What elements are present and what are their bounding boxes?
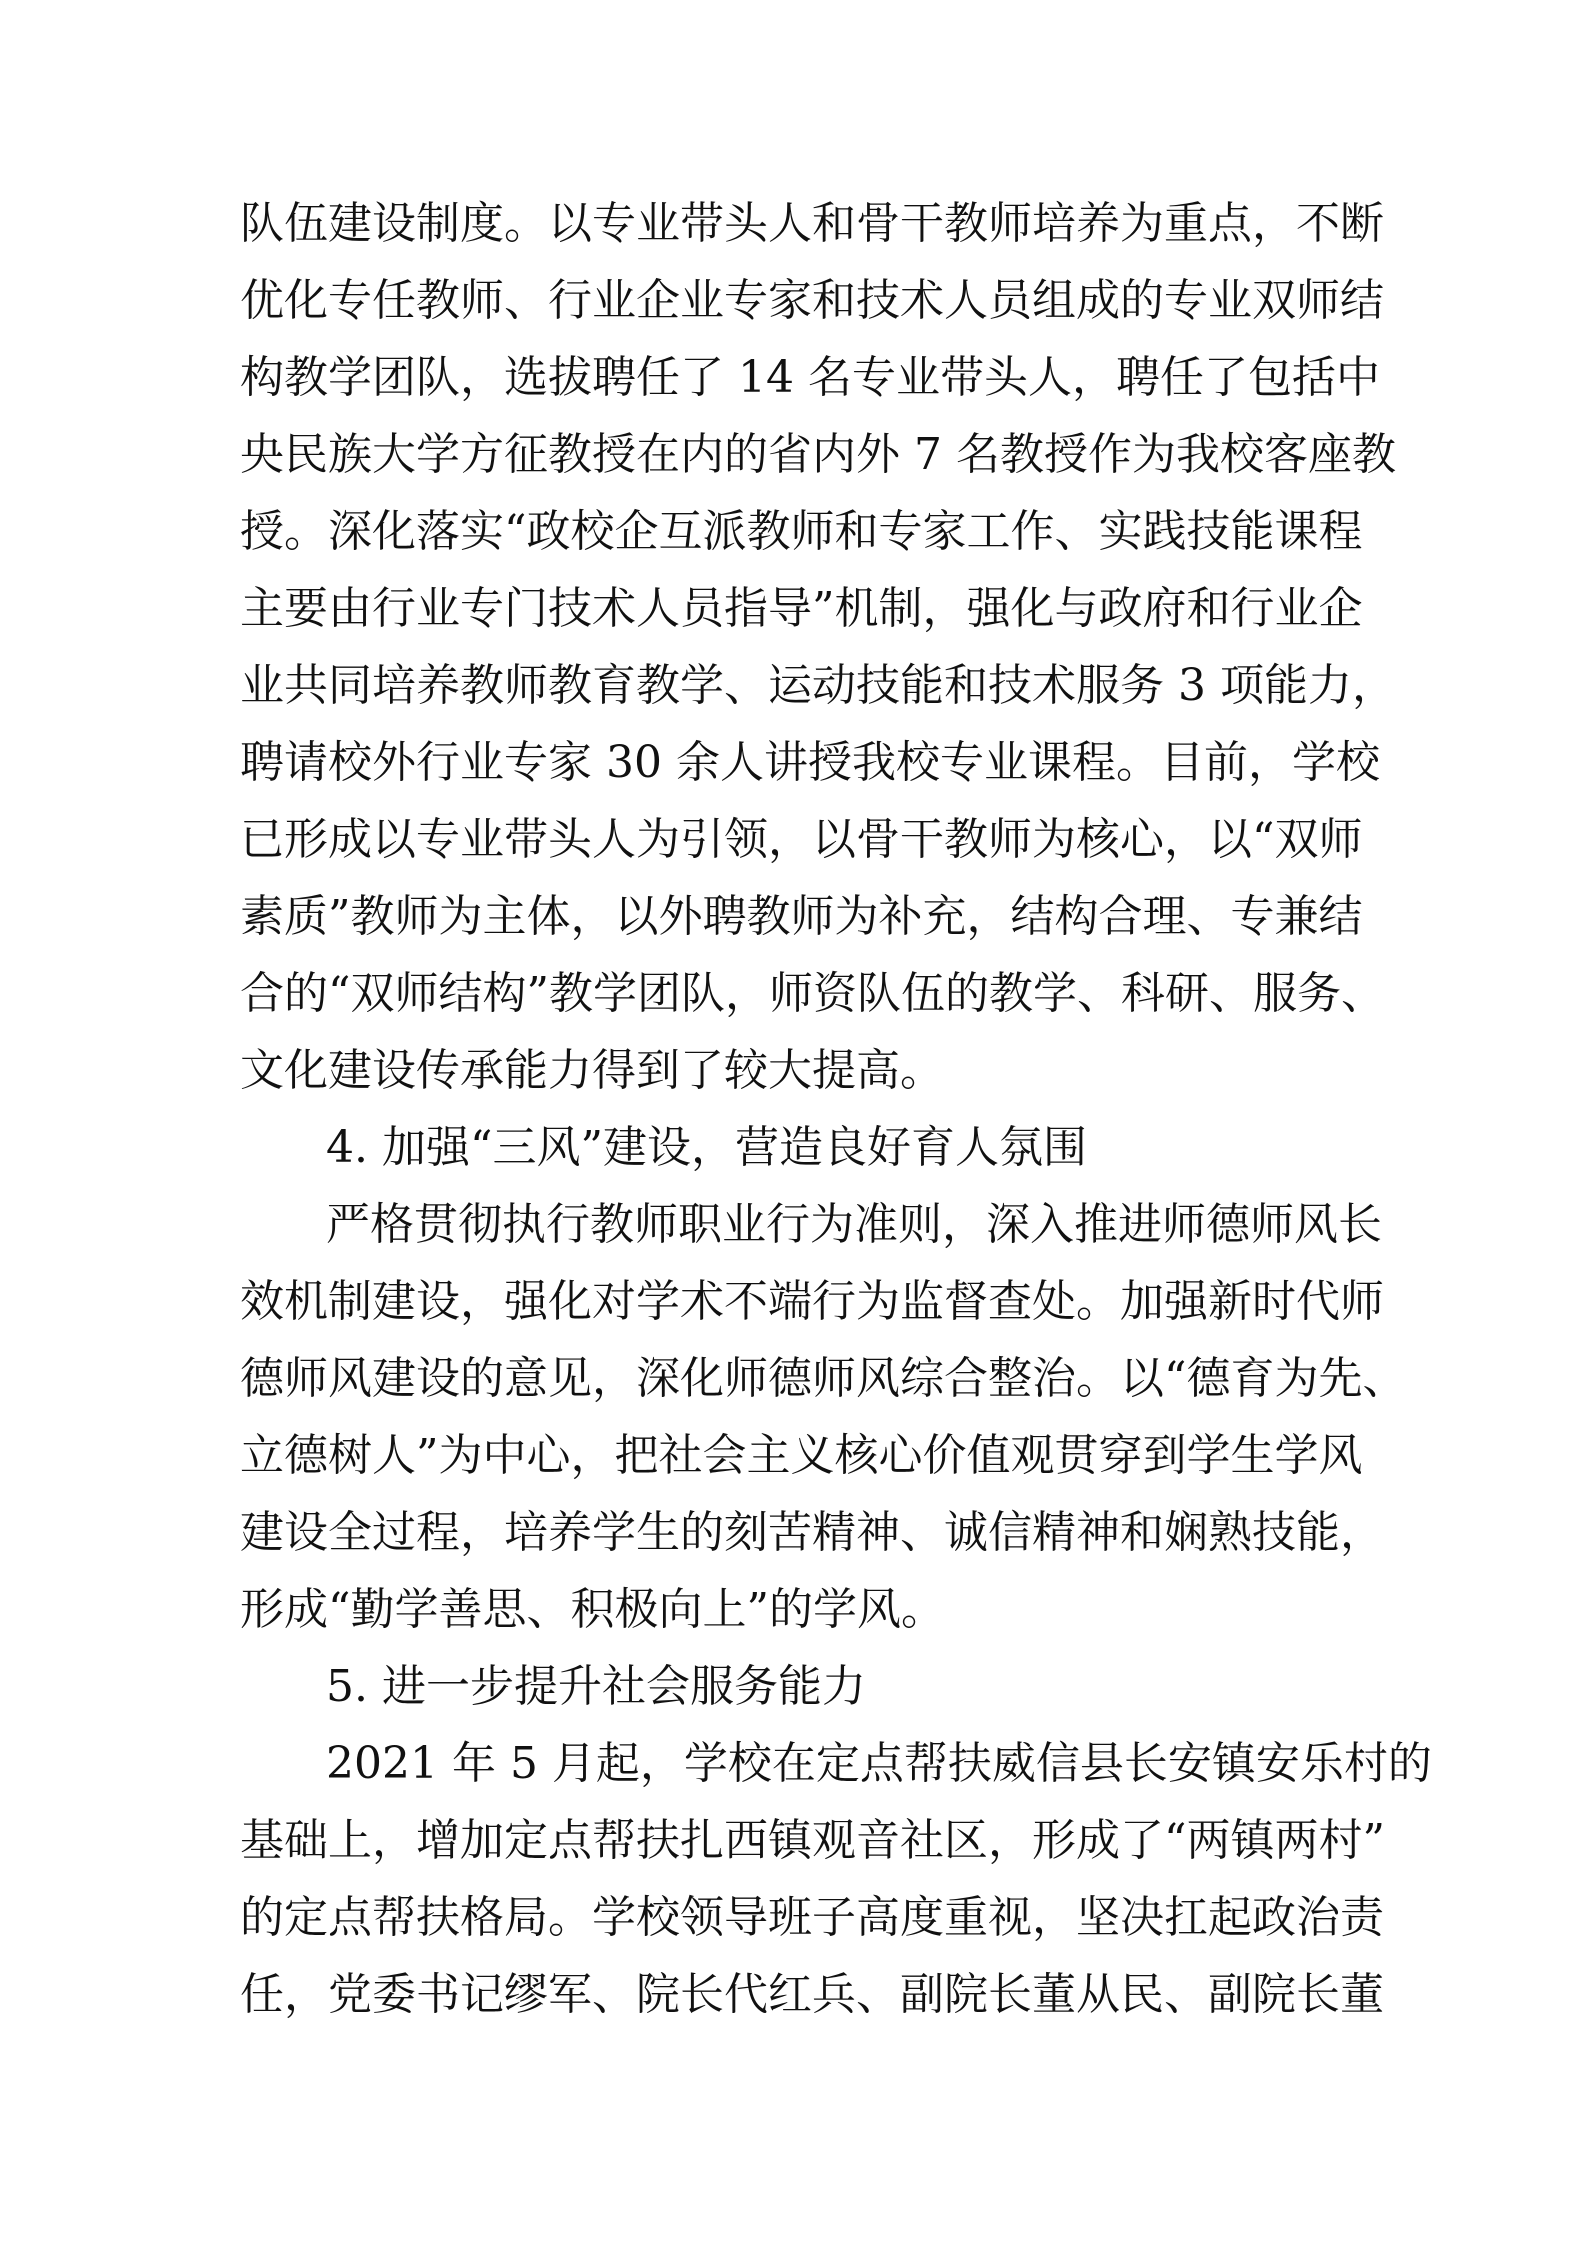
- paragraph-line: 严格贯彻执行教师职业行为准则，深入推进师德师风长: [326, 1195, 1360, 1255]
- paragraph-line: 建设全过程，培养学生的刻苦精神、诚信精神和娴熟技能，: [240, 1503, 1360, 1563]
- document-page: 队伍建设制度。以专业带头人和骨干教师培养为重点，不断 优化专任教师、行业企业专家…: [0, 0, 1587, 2245]
- paragraph-line: 基础上，增加定点帮扶扎西镇观音社区，形成了“两镇两村”: [240, 1811, 1360, 1871]
- paragraph-line: 立德树人”为中心，把社会主义核心价值观贯穿到学生学风: [240, 1426, 1360, 1486]
- paragraph-line: 德师风建设的意见，深化师德师风综合整治。以“德育为先、: [240, 1349, 1360, 1409]
- paragraph-line: 央民族大学方征教授在内的省内外 7 名教授作为我校客座教: [240, 425, 1360, 485]
- paragraph-line: 形成“勤学善思、积极向上”的学风。: [240, 1580, 1360, 1640]
- paragraph-line: 任，党委书记缪军、院长代红兵、副院长董从民、副院长董: [240, 1965, 1360, 2025]
- paragraph-line: 授。深化落实“政校企互派教师和专家工作、实践技能课程: [240, 502, 1360, 562]
- section-heading-5: 5. 进一步提升社会服务能力: [326, 1657, 1360, 1717]
- paragraph-line: 聘请校外行业专家 30 余人讲授我校专业课程。目前，学校: [240, 733, 1360, 793]
- paragraph-line: 队伍建设制度。以专业带头人和骨干教师培养为重点，不断: [240, 194, 1360, 254]
- paragraph-line: 优化专任教师、行业企业专家和技术人员组成的专业双师结: [240, 271, 1360, 331]
- paragraph-line: 素质”教师为主体，以外聘教师为补充，结构合理、专兼结: [240, 887, 1360, 947]
- paragraph-line: 已形成以专业带头人为引领，以骨干教师为核心，以“双师: [240, 810, 1360, 870]
- paragraph-line: 主要由行业专门技术人员指导”机制，强化与政府和行业企: [240, 579, 1360, 639]
- section-heading-4: 4. 加强“三风”建设，营造良好育人氛围: [326, 1118, 1360, 1178]
- paragraph-line: 效机制建设，强化对学术不端行为监督查处。加强新时代师: [240, 1272, 1360, 1332]
- paragraph-line: 的定点帮扶格局。学校领导班子高度重视，坚决扛起政治责: [240, 1888, 1360, 1948]
- paragraph-line: 业共同培养教师教育教学、运动技能和技术服务 3 项能力，: [240, 656, 1360, 716]
- paragraph-line: 2021 年 5 月起，学校在定点帮扶威信县长安镇安乐村的: [326, 1734, 1360, 1794]
- paragraph-line: 文化建设传承能力得到了较大提高。: [240, 1041, 1360, 1101]
- paragraph-line: 构教学团队，选拔聘任了 14 名专业带头人，聘任了包括中: [240, 348, 1360, 408]
- paragraph-line: 合的“双师结构”教学团队，师资队伍的教学、科研、服务、: [240, 964, 1360, 1024]
